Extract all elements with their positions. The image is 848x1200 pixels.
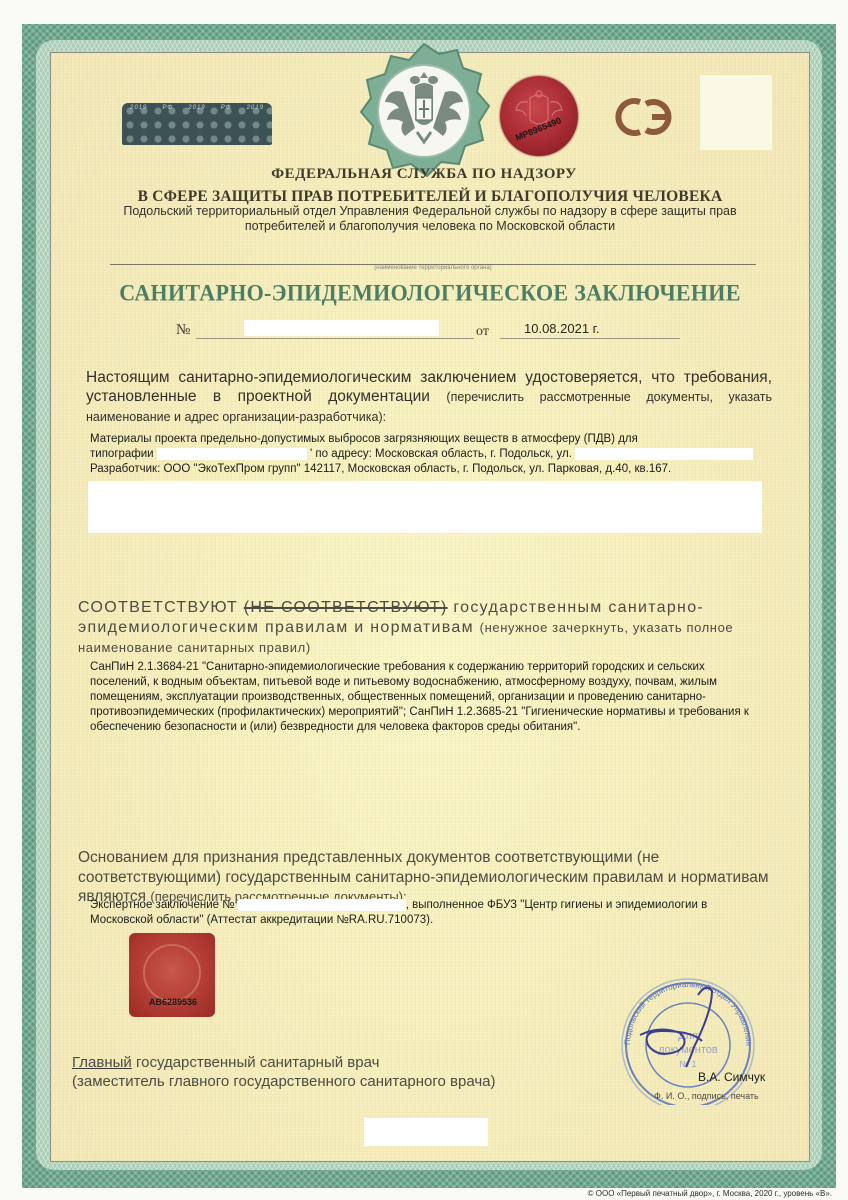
security-hologram-strip: 2019 РФ 2019 РФ 2019	[122, 103, 272, 145]
sanitary-rules: СанПиН 2.1.3684-21 "Санитарно-эпидемиоло…	[90, 660, 766, 735]
sanitary-epidemiological-logo-icon	[610, 92, 682, 142]
redacted-conclusion-number	[238, 899, 406, 911]
role-main: Главный	[72, 1054, 132, 1071]
signer-name: В.А. Симчук	[698, 1070, 765, 1084]
signatory-role: Главный государственный санитарный врач	[72, 1054, 379, 1071]
strip-label: РФ	[162, 105, 173, 111]
reviewed-doc-line: типографии	[90, 448, 154, 460]
strip-label: 2019	[247, 105, 264, 111]
official-stamp-icon: Подольский территориальный отдел Управле…	[600, 965, 770, 1105]
blank-area	[700, 75, 772, 150]
redacted-serial	[364, 1118, 488, 1146]
date-label: от	[476, 324, 489, 340]
issue-date: 10.08.2021 г.	[524, 321, 599, 336]
printer-note: © ООО «Первый печатный двор», г. Москва,…	[588, 1189, 832, 1198]
territorial-caption: (наименование территориального органа)	[110, 265, 756, 271]
date-underline	[500, 338, 680, 339]
certification-statement: Настоящим санитарно-эпидемиологическим з…	[86, 368, 772, 427]
signatory-deputy-role: (заместитель главного государственного с…	[72, 1073, 496, 1090]
reviewed-doc-line: Материалы проекта предельно-допустимых в…	[90, 432, 770, 447]
signature-caption: Ф. И. О., подпись, печать	[654, 1091, 759, 1101]
reviewed-doc-line: ' по адресу: Московская область, г. Подо…	[310, 448, 572, 460]
comply-text: СООТВЕТСТВУЮТ	[78, 599, 238, 616]
not-comply-struck-text: (НЕ СООТВЕТСТВУЮТ)	[244, 599, 448, 616]
role-rest: государственный санитарный врач	[132, 1054, 380, 1071]
strip-label: РФ	[221, 105, 232, 111]
reviewed-documents: Материалы проекта предельно-допустимых в…	[90, 432, 770, 477]
redacted-company-name	[157, 448, 307, 460]
eagle-icon	[500, 76, 578, 156]
number-label: №	[176, 322, 190, 339]
redacted-block	[88, 481, 762, 533]
redacted-street	[575, 448, 753, 460]
expert-conclusion: Экспертное заключение № , выполненное ФБ…	[90, 898, 770, 928]
developer-line: Разработчик: ООО "ЭкоТехПром групп" 1421…	[90, 462, 770, 477]
org-name-line1: ФЕДЕРАЛЬНАЯ СЛУЖБА ПО НАДЗОРУ	[0, 166, 848, 183]
compliance-statement: СООТВЕТСТВУЮТ (НЕ СООТВЕТСТВУЮТ) государ…	[78, 598, 774, 658]
redacted-number	[244, 320, 439, 336]
red-security-seal: МР8965490	[500, 76, 578, 156]
territorial-department: Подольский территориальный отдел Управле…	[100, 204, 760, 234]
expert-conclusion-text: Экспертное заключение №	[90, 899, 235, 911]
number-underline	[196, 338, 474, 339]
strip-label: 2019	[130, 105, 147, 111]
hologram-sticker: АВ6289536	[129, 933, 215, 1017]
hologram-serial-number: АВ6289536	[149, 997, 197, 1007]
rospotrebnadzor-emblem-icon	[355, 42, 493, 180]
strip-label: 2019	[188, 105, 205, 111]
document-title: САНИТАРНО-ЭПИДЕМИОЛОГИЧЕСКОЕ ЗАКЛЮЧЕНИЕ	[100, 279, 760, 306]
